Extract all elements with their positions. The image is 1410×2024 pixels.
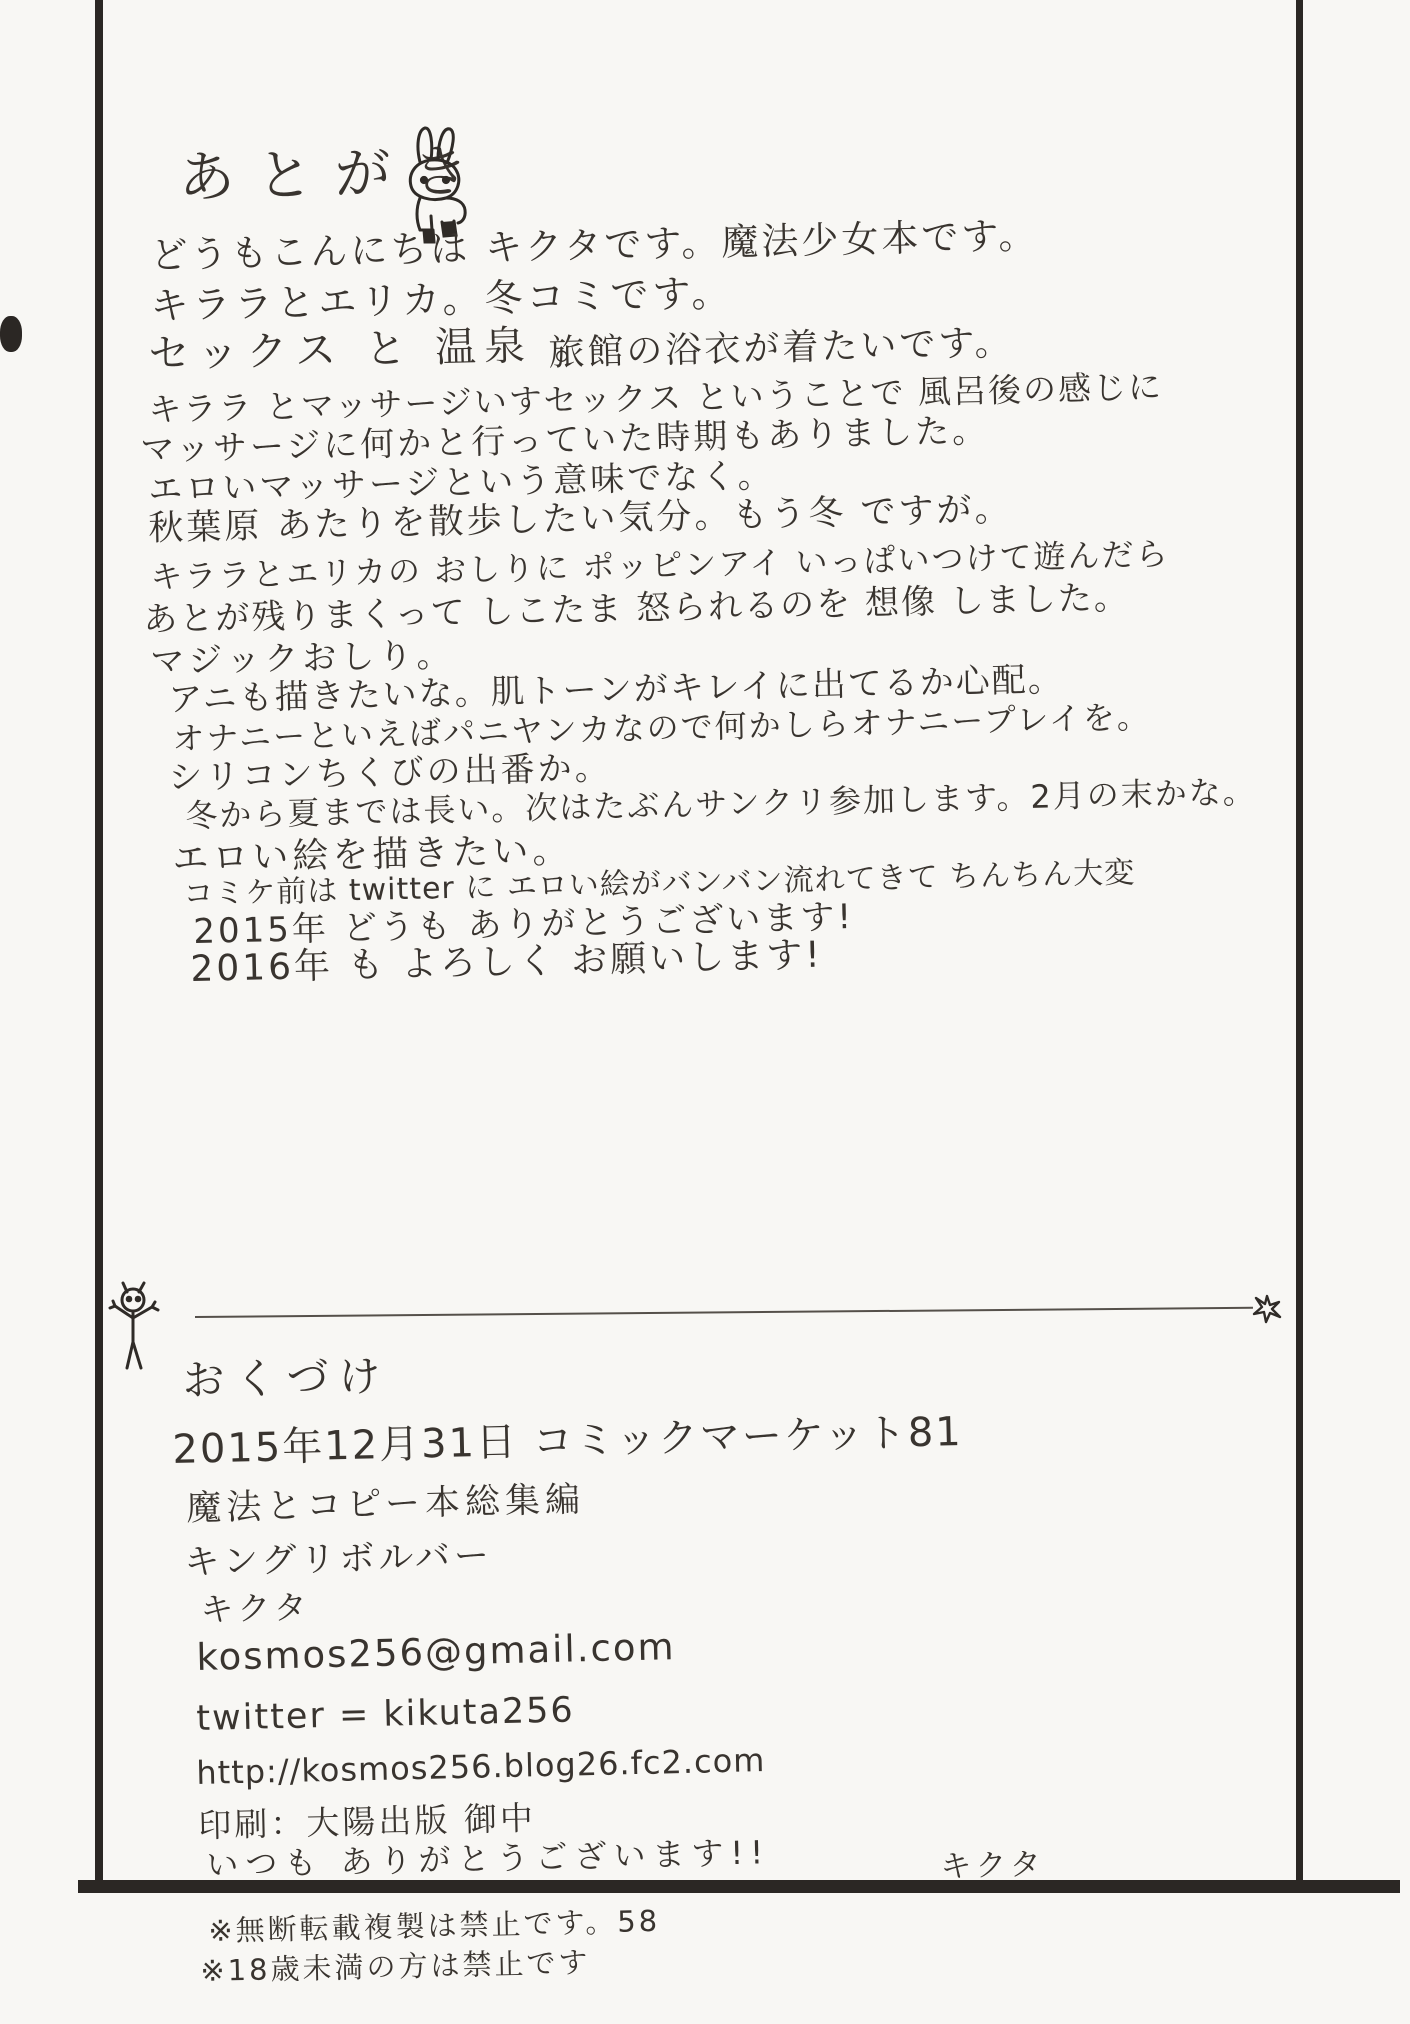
colophon-signature: キクタ — [940, 1848, 1045, 1884]
colophon-website: http://kosmos256.blog26.fc2.com — [196, 1743, 766, 1791]
afterword-line: どうもこんにちは キクタです。魔法少女本です。 — [150, 216, 1039, 277]
left-page-border — [95, 0, 103, 1890]
colophon-twitter: twitter = kikuta256 — [196, 1691, 575, 1738]
stick-figure-doodle — [103, 1280, 165, 1372]
colophon-event: 2015年12月31日 コミックマーケット81 — [172, 1410, 963, 1472]
colophon-author-name: キクタ — [200, 1589, 311, 1628]
colophon-heading: おくづけ — [182, 1353, 391, 1404]
colophon-printer: 印刷：大陽出版 御中 — [198, 1800, 536, 1844]
colophon-book-title: 魔法とコピー本総集編 — [186, 1481, 585, 1529]
afterword-line: 旅館の浴衣が着たいです。 — [548, 323, 1014, 373]
scan-artifact — [0, 316, 22, 352]
section-divider-line — [195, 1307, 1253, 1318]
scanned-afterword-page: あとがき どうもこんにちは キクタです。魔法少女本です。 キララとエリカ。冬コミ… — [0, 0, 1410, 2024]
footer-note-no-reproduction: ※無断転載複製は禁止です。58 — [208, 1906, 660, 1948]
afterword-line: キララとエリカ。冬コミです。 — [150, 273, 734, 328]
afterword-line: セックス と 温泉 。 — [148, 322, 604, 377]
colophon-circle-name: キングリボルバー — [184, 1537, 493, 1582]
right-page-border — [1296, 0, 1303, 1886]
footer-note-age-restriction: ※18歳未満の方は禁止です — [200, 1947, 591, 1988]
colophon-email: kosmos256@gmail.com — [196, 1627, 676, 1679]
sparkle-doodle — [1250, 1292, 1284, 1326]
